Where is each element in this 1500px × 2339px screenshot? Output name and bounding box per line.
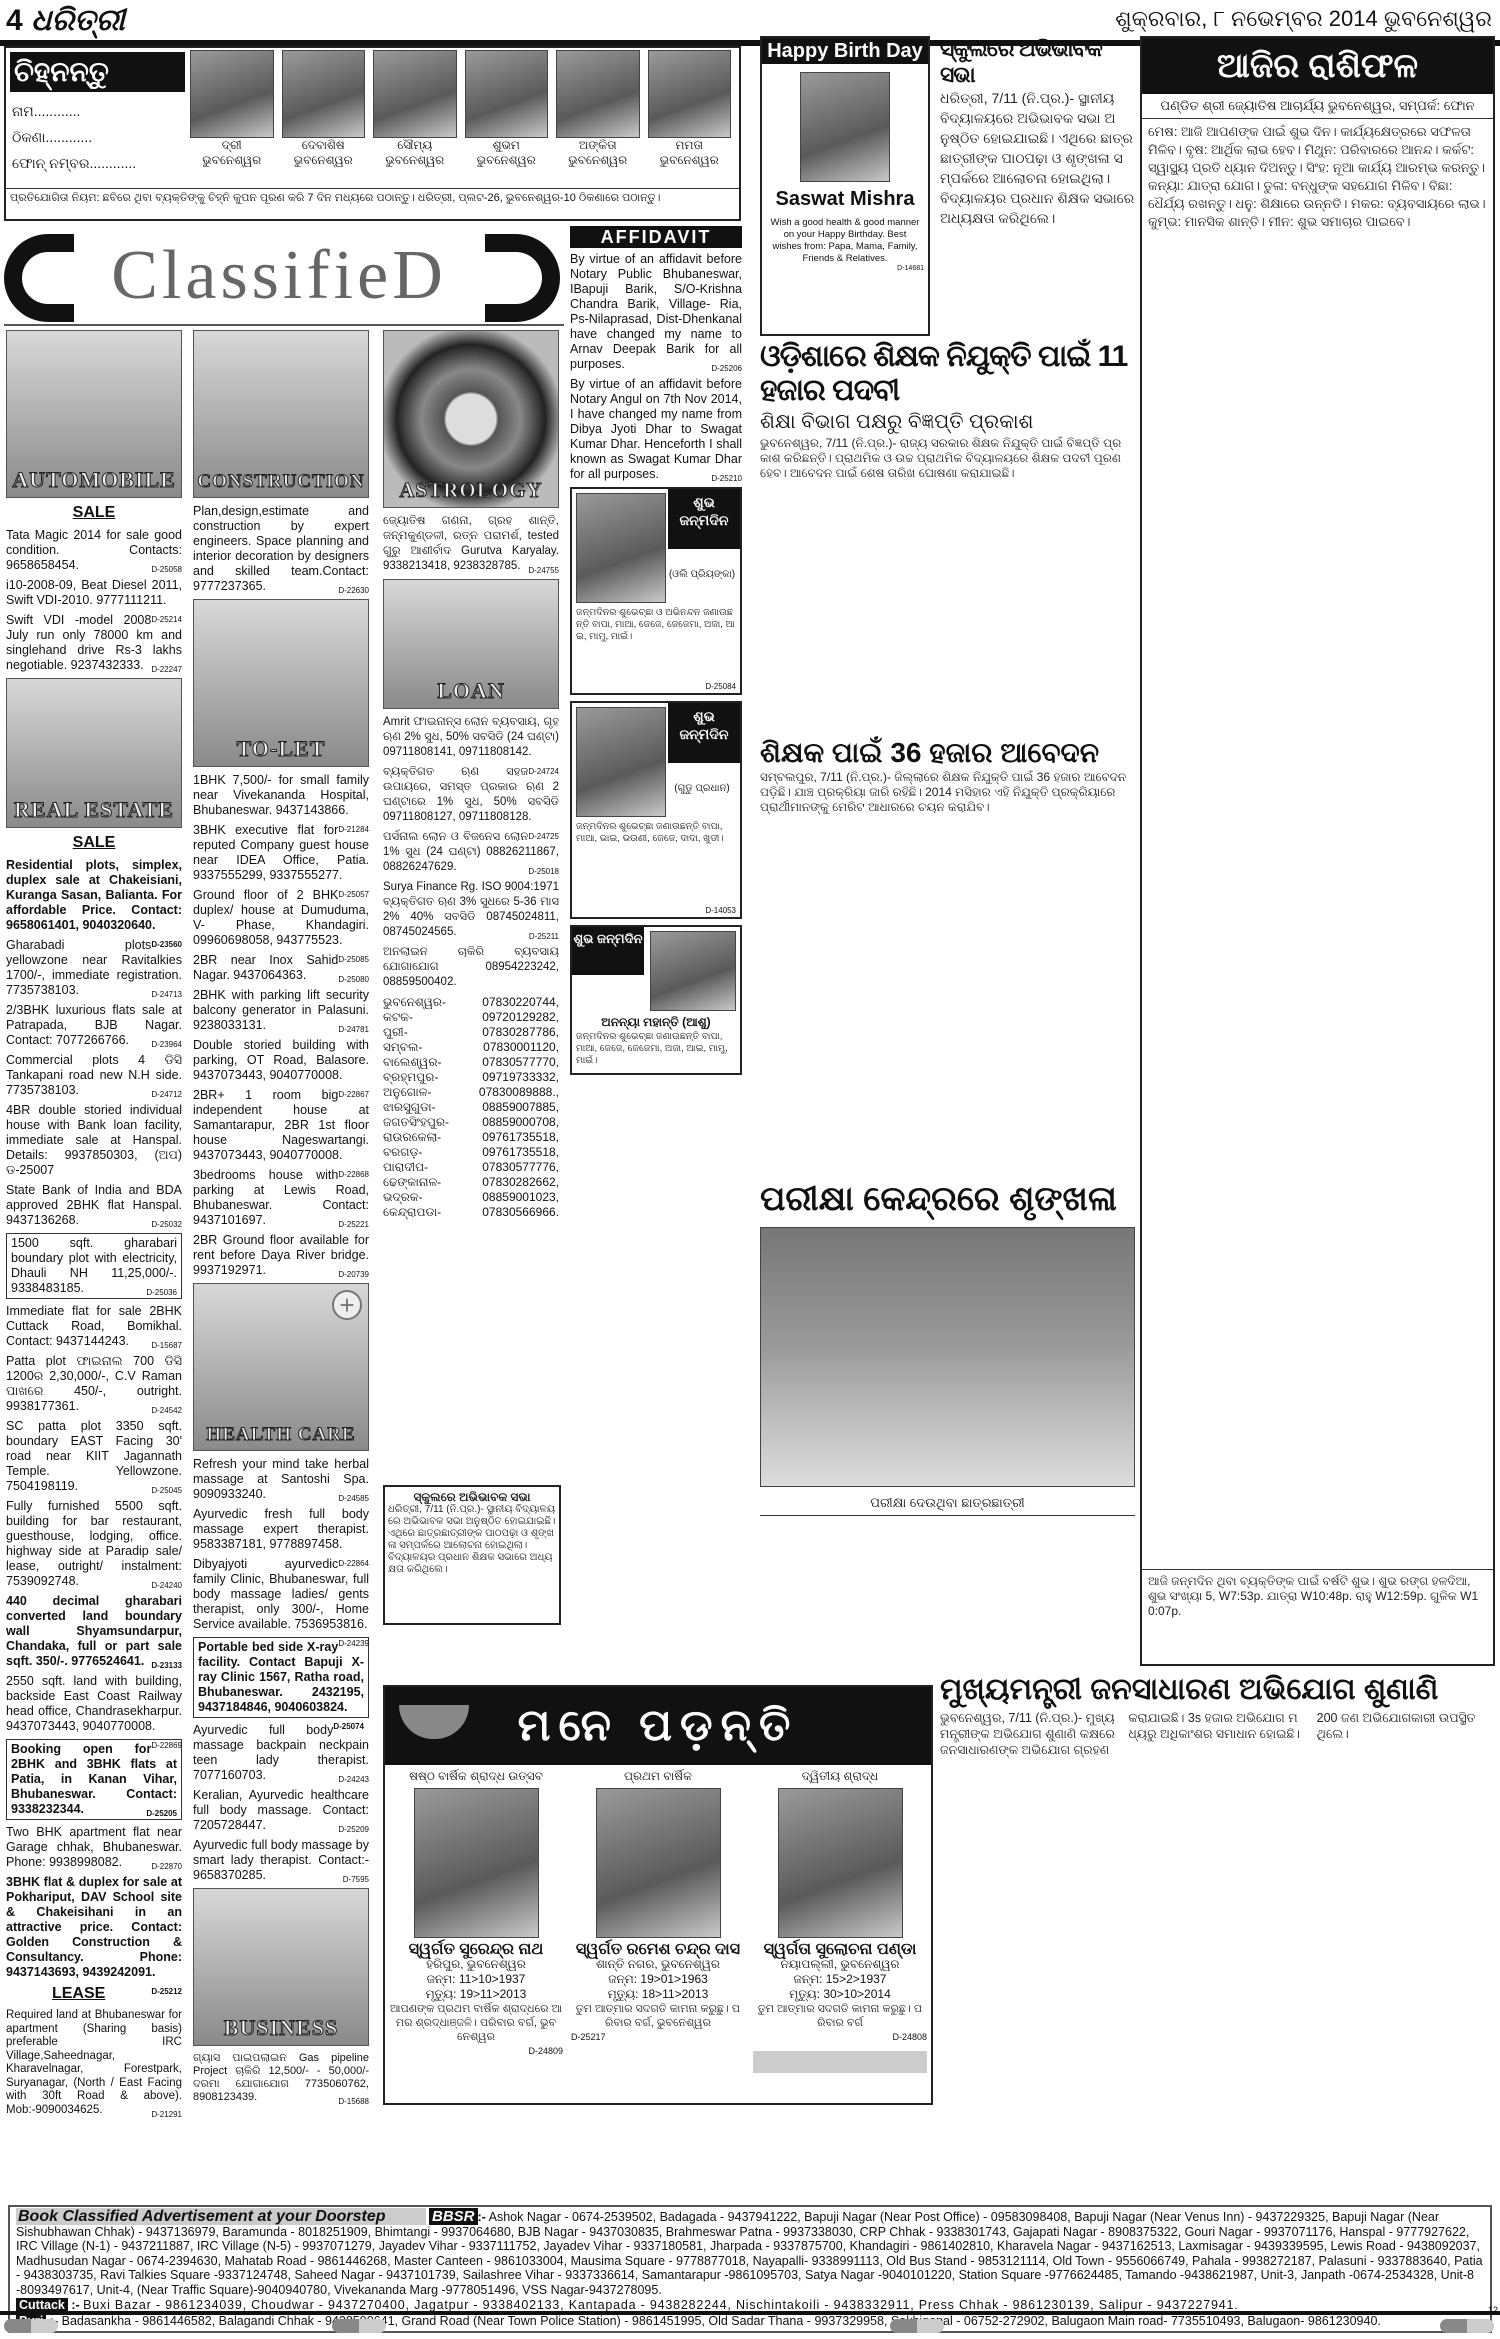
obit-text: ଆପଣଙ୍କ ପ୍ରଥମ ବାର୍ଷିକ ଶ୍ରାଦ୍ଧରେ ଆମର ଶ୍ରଦ୍…: [389, 2002, 563, 2044]
child-photo: [576, 707, 666, 817]
classified-ad: SC patta plot 3350 sqft. boundary EAST F…: [6, 1419, 182, 1494]
photo-place: ଭୁବନେଶ୍ୱର: [282, 153, 366, 168]
ad-code: D-24808: [753, 2030, 927, 2045]
region-tag-cuttack: Cuttack: [16, 2298, 68, 2312]
classified-ad: 3BHK flat & duplex for sale at Pokharipu…: [6, 1875, 182, 1980]
news-brief-column: ସ୍କୁଲରେ ଅଭିଭାବକ ସଭା ଧରିତ୍ରୀ, 7/11 (ନି.ପ୍…: [940, 36, 1135, 338]
contact-row: ଭଦ୍ରକ-08859001023,: [383, 1190, 559, 1205]
photo-name: ମମତା: [648, 138, 732, 153]
identify-contest: ଚିହ୍ନନ୍ତୁ ପୁରସ୍କାର ନାମ............ ଠିକଣା…: [4, 46, 741, 221]
obit-died: ମୃତ୍ୟୁ: 19>11>2013: [389, 1987, 563, 2002]
page-number-section: 4 ଧରିତ୍ରୀ: [6, 4, 125, 38]
affidavit-notice: By virtue of an affidavit before Notary …: [570, 377, 742, 482]
ad-code: D-14681: [762, 265, 928, 272]
section-title: ଧରିତ୍ରୀ: [31, 4, 125, 37]
child-photo: [650, 931, 736, 1011]
column-automobile-realestate: AUTOMOBILE SALE Tata Magic 2014 for sale…: [6, 330, 182, 2122]
contact-row: ସମ୍ବଲ-07830001120,: [383, 1040, 559, 1055]
child-photo: [576, 493, 666, 603]
classified-ad: Patta plot ଫାଇନାଲ 700 ଡିସି 1200ର 2,30,00…: [6, 1354, 182, 1414]
child-name: (ଗୁଡୁ ପ୍ରଧାନ): [668, 783, 736, 794]
construction-banner: CONSTRUCTION: [193, 330, 369, 498]
classified-logo: ClassifieD: [4, 230, 564, 326]
wish-text: ଜନ୍ମଦିନର ଶୁଭେଚ୍ଛା ଜଣାଉଛନ୍ତି ବାପା, ମାଆ, ଜ…: [576, 1031, 736, 1067]
contact-row: ଝାରସୁଗୁଡା-08859007885,: [383, 1100, 559, 1115]
photo-name: ଦ୍ରୀ: [190, 138, 274, 153]
classified-ad: Amrit ଫାଇନାନ୍ସ ଲୋନ ବ୍ୟବସାୟ, ଗୃହ ଋଣ 2% ସୁ…: [383, 715, 559, 760]
obit-name: ସ୍ୱର୍ଗତା ସୁଲୋଚନା ପଣ୍ଡା: [753, 1942, 927, 1957]
happy-birthday-ad: Happy Birth Day Saswat Mishra Wish a goo…: [760, 36, 930, 336]
classified-ad: Tata Magic 2014 for sale good condition.…: [6, 528, 182, 573]
contest-photo: ଅଙ୍କିତାଭୁବନେଶ୍ୱର: [556, 50, 640, 188]
face-photo: [648, 50, 732, 138]
diya-lamp-icon: [399, 1705, 469, 1739]
birthday-wish: ଶୁଭ ଜନ୍ମଦିନ (ଓଲି ପ୍ରିୟଙ୍କା) ଜନ୍ମଦିନର ଶୁଭ…: [570, 487, 742, 695]
cuttack-booking-points: Buxi Bazar - 9861234039, Choudwar - 9437…: [83, 2298, 1238, 2312]
construction-label: CONSTRUCTION: [194, 471, 368, 493]
contact-row: ଜଗତସିଂହପୁର-08859000708,: [383, 1115, 559, 1130]
logo-left-arc: [4, 234, 74, 322]
automobile-sale-heading: SALE: [6, 504, 182, 522]
birthday-message: Wish a good health & good manner on your…: [762, 211, 928, 265]
classified-ad: Keralian, Ayurvedic healthcare full body…: [193, 1788, 369, 1833]
plus-icon: +: [332, 1290, 362, 1320]
face-photo: [465, 50, 549, 138]
obit-name: ସ୍ୱର୍ଗତ ସୁରେନ୍ଦ୍ର ନାଥ: [389, 1942, 563, 1957]
photo-place: ଭୁବନେଶ୍ୱର: [465, 153, 549, 168]
coupon-name-field[interactable]: ନାମ............: [12, 98, 187, 124]
contact-row: ରାଉରକେଲା-09761735518,: [383, 1130, 559, 1145]
birthday-tag: ଶୁଭ ଜନ୍ମଦିନ: [668, 703, 740, 763]
contact-row: ଭୁବନେଶ୍ୱର-07830220744,: [383, 995, 559, 1010]
classified-ad: Commercial plots 4 ଡିସି Tankapani road n…: [6, 1053, 182, 1098]
birthday-child-name: Saswat Mishra: [762, 188, 928, 211]
photo-name: ଶୁଭମ: [465, 138, 549, 153]
registration-mark: [4, 2319, 58, 2333]
birthday-tag: ଶୁଭ ଜନ୍ମଦିନ: [668, 489, 740, 549]
to-let-label: TO-LET: [194, 736, 368, 762]
contest-photo: ଦ୍ରୀଭୁବନେଶ୍ୱର: [190, 50, 274, 188]
classified-ad: ଜ୍ୟୋତିଷ ଗଣନା, ଗ୍ରହ ଶାନ୍ତି, ଜନ୍ମକୁଣ୍ଡଳୀ, …: [383, 514, 559, 574]
second-body: ସମ୍ବଲପୁର, 7/11 (ନି.ପ୍ର.)- ଜିଲ୍ଲାରେ ଶିକ୍ଷ…: [760, 770, 1135, 1070]
contest-rules: ପ୍ରତିଯୋଗିତା ନିୟମ: ଛବିରେ ଥିବା ବ୍ୟକ୍ତିଙ୍କୁ…: [6, 188, 739, 207]
classified-ad: Refresh your mind take herbal massage at…: [193, 1457, 369, 1502]
page-number: 4: [6, 4, 23, 37]
face-photo: [556, 50, 640, 138]
brief-title: ସ୍କୁଲରେ ଅଭିଭାବକ ସଭା: [388, 1490, 556, 1504]
loan-banner: LOAN: [383, 579, 559, 709]
contest-photo: ଦେବାଶିଷଭୁବନେଶ୍ୱର: [282, 50, 366, 188]
astrology-banner: ASTROLOGY: [383, 330, 559, 508]
registration-mark: [332, 2319, 386, 2333]
business-label: BUSINESS: [194, 2015, 368, 2041]
puri-booking-points: Badasankha - 9861446582, Balagandi Chhak…: [62, 2314, 1381, 2328]
bottom-body: ଭୁବନେଶ୍ୱର, 7/11 (ନି.ପ୍ର.)- ମୁଖ୍ୟମନ୍ତ୍ରୀଙ…: [940, 1710, 1495, 2020]
contact-row: କଟକ-09720129282,: [383, 1010, 559, 1025]
edition-mark: 12: [1488, 2305, 1498, 2315]
obituary-banner: ମନେ ପଡ଼ନ୍ତି: [385, 1687, 931, 1765]
obit-died: ମୃତ୍ୟୁ: 30>10>2014: [753, 1987, 927, 2002]
wish-text: ଜନ୍ମଦିନର ଶୁଭେଚ୍ଛା ଓ ଅଭିନନ୍ଦନ ଜଣାଉଛନ୍ତି ବ…: [576, 607, 736, 643]
footer-rule: [0, 2311, 1500, 2315]
classified-ad: 2/3BHK luxurious flats sale at Patrapada…: [6, 1003, 182, 1048]
classified-ad: 2550 sqft. land with building, backside …: [6, 1674, 182, 1734]
obit-born: ଜନ୍ମ: 15>2>1937: [753, 1972, 927, 1987]
column-construction-tolet-health: CONSTRUCTION Plan,design,estimate and co…: [193, 330, 369, 2109]
contest-photo: ମମତାଭୁବନେଶ୍ୱର: [648, 50, 732, 188]
obit-photo: [596, 1788, 721, 1938]
contact-row: ବରଗଡ଼-09761735518,: [383, 1145, 559, 1160]
classified-ad: Ayurvedic fresh full body massage expert…: [193, 1507, 369, 1552]
classified-ad: 2BR Ground floor available for rent befo…: [193, 1233, 369, 1278]
main-headline: ଓଡ଼ିଶାରେ ଶିକ୍ଷକ ନିଯୁକ୍ତି ପାଇଁ 11 ହଜାର ପଦ…: [760, 340, 1135, 408]
classified-ad: ଗ୍ୟାସ ପାଇପଲାଇନ Gas pipeline Project ଚାକି…: [193, 2052, 369, 2104]
classified-ad: Ayurvedic full body massage by smart lad…: [193, 1838, 369, 1883]
child-name: ଅନନ୍ୟା ମହାନ୍ତି (ଆଶୁ): [576, 1015, 736, 1030]
exam-photo-caption: ପରୀକ୍ଷା ଦେଉଥିବା ଛାତ୍ରଛାତ୍ରୀ: [760, 1495, 1135, 1516]
real-estate-banner: REAL ESTATE: [6, 678, 182, 828]
contest-title: ଚିହ୍ନନ୍ତୁ ପୁରସ୍କାର: [10, 52, 185, 92]
obit-text: ତୁମ ଆତ୍ମାର ସଦଗତି କାମନା କରୁଛୁ। ପରିବାର ବର୍…: [571, 2002, 745, 2030]
news-headline: ସ୍କୁଲରେ ଅଭିଭାବକ ସଭା: [940, 36, 1135, 88]
main-body: ଭୁବନେଶ୍ୱର, 7/11 (ନି.ପ୍ର.)- ରାଜ୍ୟ ସରକାର ଶ…: [760, 436, 1135, 736]
loan-label: LOAN: [384, 678, 558, 704]
obit-photo: [778, 1788, 903, 1938]
obituary-person: ପ୍ରଥମ ବାର୍ଷିକ ସ୍ୱର୍ଗତ ରମେଶ ଚନ୍ଦ୍ର ଦାସ ଶା…: [567, 1767, 749, 2103]
exam-headline: ପରୀକ୍ଷା କେନ୍ଦ୍ରରେ ଶୃଙ୍ଖଳା: [760, 1175, 1135, 1223]
horoscope-title: ଆଜିର ରାଶିଫଳ: [1142, 38, 1493, 94]
obit-photo: [414, 1788, 539, 1938]
photo-place: ଭୁବନେଶ୍ୱର: [373, 153, 457, 168]
obit-born: ଜନ୍ମ: 19>01>1963: [571, 1972, 745, 1987]
contact-row: କେନ୍ଦ୍ରାପଡା-07830566966.: [383, 1205, 559, 1220]
contest-photos: ଦ୍ରୀଭୁବନେଶ୍ୱର ଦେବାଶିଷଭୁବନେଶ୍ୱର ସୌମ୍ୟଭୁବନ…: [190, 48, 739, 188]
contest-photo: ଶୁଭମଭୁବନେଶ୍ୱର: [465, 50, 549, 188]
obit-name: ସ୍ୱର୍ଗତ ରମେଶ ଚନ୍ଦ୍ର ଦାସ: [571, 1942, 745, 1957]
column-affidavit: AFFIDAVIT By virtue of an affidavit befo…: [570, 226, 742, 1075]
classified-ad: i10-2008-09, Beat Diesel 2011, Swift VDI…: [6, 578, 182, 608]
obit-died: ମୃତ୍ୟୁ: 18>11>2013: [571, 1987, 745, 2002]
ad-code: D-25084: [705, 682, 736, 691]
contact-row: ଅନୁଗୋଳ-07830089888.,: [383, 1085, 559, 1100]
classified-ad: Plan,design,estimate and construction by…: [193, 504, 369, 594]
job-contacts: ଭୁବନେଶ୍ୱର-07830220744, କଟକ-09720129282, …: [383, 995, 559, 1220]
photo-name: ଦେବାଶିଷ: [282, 138, 366, 153]
contest-coupon: ନାମ............ ଠିକଣା............ ଫୋନ୍ ନ…: [12, 98, 187, 176]
logo-right-arc: [485, 234, 560, 322]
contact-row: ଢେଙ୍କାନାଳ-07830282662,: [383, 1175, 559, 1190]
footer-tagline: Book Classified Advertisement at your Do…: [16, 2208, 426, 2225]
birthday-child-photo: [800, 72, 890, 182]
news-body: ଧରିତ୍ରୀ, 7/11 (ନି.ପ୍ର.)- ସ୍ଥାନୀୟ ବିଦ୍ୟାଳ…: [940, 88, 1135, 338]
horoscope-footer: ଆଜି ଜନ୍ମଦିନ ଥିବା ବ୍ୟକ୍ତିଙ୍କ ପାଇଁ ବର୍ଷଟି …: [1142, 1569, 1493, 1623]
coupon-address-field[interactable]: ଠିକଣା............: [12, 124, 187, 150]
ad-code: D-14053: [705, 906, 736, 915]
ad-code: D-25217: [571, 2030, 745, 2045]
obituary-person: ଦ୍ୱିତୀୟ ଶ୍ରାଦ୍ଧ ସ୍ୱର୍ଗତା ସୁଲୋଚନା ପଣ୍ଡା ନ…: [749, 1767, 931, 2103]
obituary-section: ମନେ ପଡ଼ନ୍ତି ଷଷ୍ଠ ବାର୍ଷିକ ଶ୍ରାଦ୍ଧ ଉତ୍ସବ ସ…: [383, 1685, 933, 2105]
region-tag-bbsr: BBSR: [429, 2208, 478, 2225]
health-care-banner: + HEALTH CARE: [193, 1283, 369, 1451]
contest-photo: ସୌମ୍ୟଭୁବନେଶ୍ୱର: [373, 50, 457, 188]
issue-date: ଶୁକ୍ରବାର, ୮ ନଭେମ୍ବର 2014 ଭୁବନେଶ୍ୱର: [1115, 6, 1492, 32]
obit-address: ନୟାପଲ୍ଲୀ, ଭୁବନେଶ୍ୱର: [753, 1957, 927, 1972]
bottom-headline: ମୁଖ୍ୟମନ୍ତ୍ରୀ ଜନସାଧାରଣ ଅଭିଯୋଗ ଶୁଣାଣି: [940, 1670, 1495, 1710]
face-photo: [282, 50, 366, 138]
obit-relation: ପ୍ରଥମ ବାର୍ଷିକ: [571, 1769, 745, 1784]
logo-text: ClassifieD: [74, 236, 484, 316]
obit-text: ତୁମ ଆତ୍ମାର ସଦଗତି କାମନା କରୁଛୁ। ପରିବାର ବର୍…: [753, 2002, 927, 2030]
classified-ad: 1BHK 7,500/- for small family near Vivek…: [193, 773, 369, 818]
automobile-label: AUTOMOBILE: [7, 467, 181, 493]
main-news: ଓଡ଼ିଶାରେ ଶିକ୍ଷକ ନିଯୁକ୍ତି ପାଇଁ 11 ହଜାର ପଦ…: [760, 340, 1135, 1070]
face-photo: [190, 50, 274, 138]
coupon-phone-field[interactable]: ଫୋନ୍ ନମ୍ବର............: [12, 150, 187, 176]
to-let-banner: TO-LET: [193, 599, 369, 767]
second-headline: ଶିକ୍ଷକ ପାଇଁ 36 ହଜାର ଆବେଦନ: [760, 736, 1135, 770]
classified-ad: Immediate flat for sale 2BHK Cuttack Roa…: [6, 1304, 182, 1349]
horoscope-panel: ଆଜିର ରାଶିଫଳ ପଣ୍ଡିତ ଶ୍ରୀ ଜ୍ୟୋତିଷ ଆଚାର୍ଯ୍ୟ…: [1140, 36, 1495, 1666]
business-banner: BUSINESS: [193, 1888, 369, 2046]
contact-row: ପାରାଦୀପ-07830577776,: [383, 1160, 559, 1175]
photo-place: ଭୁବନେଶ୍ୱର: [190, 153, 274, 168]
classified-ad: Two BHK apartment flat near Garage chhak…: [6, 1825, 182, 1870]
classified-ad: 440 decimal gharabari converted land bou…: [6, 1594, 182, 1669]
wish-text: ଜନ୍ମଦିନର ଶୁଭେଚ୍ଛା ଜଣାଉଛନ୍ତି ବାପା, ମାଆ, ଭ…: [576, 821, 736, 845]
photo-place: ଭୁବନେଶ୍ୱର: [556, 153, 640, 168]
classified-ad: Surya Finance Rg. ISO 9004:1971 ବ୍ୟକ୍ତିଗ…: [383, 880, 559, 940]
classified-ad: Double storied building with parking, OT…: [193, 1038, 369, 1083]
horoscope-body: ମେଷ: ଆଜି ଆପଣଙ୍କ ପାଇଁ ଶୁଭ ଦିନ। କାର୍ଯ୍ୟକ୍ଷ…: [1142, 119, 1493, 1569]
birthday-tag: ଶୁଭ ଜନ୍ମଦିନ: [572, 927, 644, 975]
region-prefix: :-: [71, 2298, 79, 2312]
astrology-label: ASTROLOGY: [384, 478, 558, 503]
classified-ad: ଅନଲାଇନ ଚାକିରି ବ୍ୟବସାୟ ଯୋଗାଯୋଗ 0895422324…: [383, 945, 559, 990]
happy-birthday-title: Happy Birth Day: [762, 38, 928, 64]
classified-ad: State Bank of India and BDA approved 2BH…: [6, 1183, 182, 1228]
photo-name: ସୌମ୍ୟ: [373, 138, 457, 153]
blank-bar: [753, 2051, 927, 2073]
photo-name: ଅଙ୍କିତା: [556, 138, 640, 153]
classified-ad: Residential plots, simplex, duplex sale …: [6, 858, 182, 933]
main-subheadline: ଶିକ୍ଷା ବିଭାଗ ପକ୍ଷରୁ ବିଜ୍ଞପ୍ତି ପ୍ରକାଶ: [760, 408, 1135, 436]
obituary-persons: ଷଷ୍ଠ ବାର୍ଷିକ ଶ୍ରାଦ୍ଧ ଉତ୍ସବ ସ୍ୱର୍ଗତ ସୁରେନ…: [385, 1767, 931, 2103]
bottom-news: ମୁଖ୍ୟମନ୍ତ୍ରୀ ଜନସାଧାରଣ ଅଭିଯୋଗ ଶୁଣାଣି ଭୁବନ…: [940, 1670, 1495, 2020]
affidavit-title: AFFIDAVIT: [570, 226, 742, 248]
region-prefix: :-: [478, 2210, 486, 2224]
contact-row: ପୁରୀ-07830287786,: [383, 1025, 559, 1040]
obit-address: ଶାନ୍ତି ନଗର, ଭୁବନେଶ୍ୱର: [571, 1957, 745, 1972]
child-name: (ଓଲି ପ୍ରିୟଙ୍କା): [668, 569, 736, 580]
obituary-banner-text: ମନେ ପଡ଼ନ୍ତି: [518, 1701, 799, 1750]
automobile-banner: AUTOMOBILE: [6, 330, 182, 498]
brief-body: ଧରିତ୍ରୀ, 7/11 (ନି.ପ୍ର.)- ସ୍ଥାନୀୟ ବିଦ୍ୟାଳ…: [388, 1504, 556, 1576]
obituary-person: ଷଷ୍ଠ ବାର୍ଷିକ ଶ୍ରାଦ୍ଧ ଉତ୍ସବ ସ୍ୱର୍ଗତ ସୁରେନ…: [385, 1767, 567, 2103]
birthday-wish: ଶୁଭ ଜନ୍ମଦିନ (ଗୁଡୁ ପ୍ରଧାନ) ଜନ୍ମଦିନର ଶୁଭେଚ…: [570, 701, 742, 919]
real-estate-sale-heading: SALE: [6, 834, 182, 852]
obit-relation: ଦ୍ୱିତୀୟ ଶ୍ରାଦ୍ଧ: [753, 1769, 927, 1784]
real-estate-label: REAL ESTATE: [7, 797, 181, 823]
classified-ad: 4BR double storied individual house with…: [6, 1103, 182, 1178]
birthday-wish: ଶୁଭ ଜନ୍ମଦିନ ଅନନ୍ୟା ମହାନ୍ତି (ଆଶୁ) ଜନ୍ମଦିନ…: [570, 925, 742, 1075]
obit-relation: ଷଷ୍ଠ ବାର୍ଷିକ ଶ୍ରାଦ୍ଧ ଉତ୍ସବ: [389, 1769, 563, 1784]
obit-born: ଜନ୍ମ: 11>10>1937: [389, 1972, 563, 1987]
news-brief-box: ସ୍କୁଲରେ ଅଭିଭାବକ ସଭା ଧରିତ୍ରୀ, 7/11 (ନି.ପ୍…: [383, 1485, 561, 1625]
face-photo: [373, 50, 457, 138]
column-astrology-loan: ASTROLOGY ଜ୍ୟୋତିଷ ଗଣନା, ଗ୍ରହ ଶାନ୍ତି, ଜନ୍…: [383, 330, 559, 1220]
classified-ad: Fully furnished 5500 sqft. building for …: [6, 1499, 182, 1589]
classified-ad: 2BHK with parking lift security balcony …: [193, 988, 369, 1033]
registration-mark: [1440, 2319, 1494, 2333]
health-care-label: HEALTH CARE: [194, 1424, 368, 1446]
ad-code: D-24809: [389, 2044, 563, 2059]
horoscope-subtitle: ପଣ୍ଡିତ ଶ୍ରୀ ଜ୍ୟୋତିଷ ଆଚାର୍ଯ୍ୟ ଭୁବନେଶ୍ୱର, …: [1142, 94, 1493, 119]
photo-place: ଭୁବନେଶ୍ୱର: [648, 153, 732, 168]
classified-ad: Required land at Bhubaneswar for apartme…: [6, 2009, 182, 2117]
exam-news: ପରୀକ୍ଷା କେନ୍ଦ୍ରରେ ଶୃଙ୍ଖଳା ପରୀକ୍ଷା ଦେଉଥିବ…: [760, 1175, 1135, 1516]
contact-row: ବ୍ରହ୍ମପୁର-09719733332,: [383, 1070, 559, 1085]
registration-mark: [890, 2319, 944, 2333]
exam-hall-photo: [760, 1227, 1135, 1487]
obit-address: ହରିପୁର, ଭୁବନେଶ୍ୱର: [389, 1957, 563, 1972]
classified-ad-boxed: 1500 sqft. gharabari boundary plot with …: [6, 1233, 182, 1299]
affidavit-notice: By virtue of an affidavit before Notary …: [570, 252, 742, 372]
contact-row: ବାଲେଶ୍ୱର-07830577770,: [383, 1055, 559, 1070]
